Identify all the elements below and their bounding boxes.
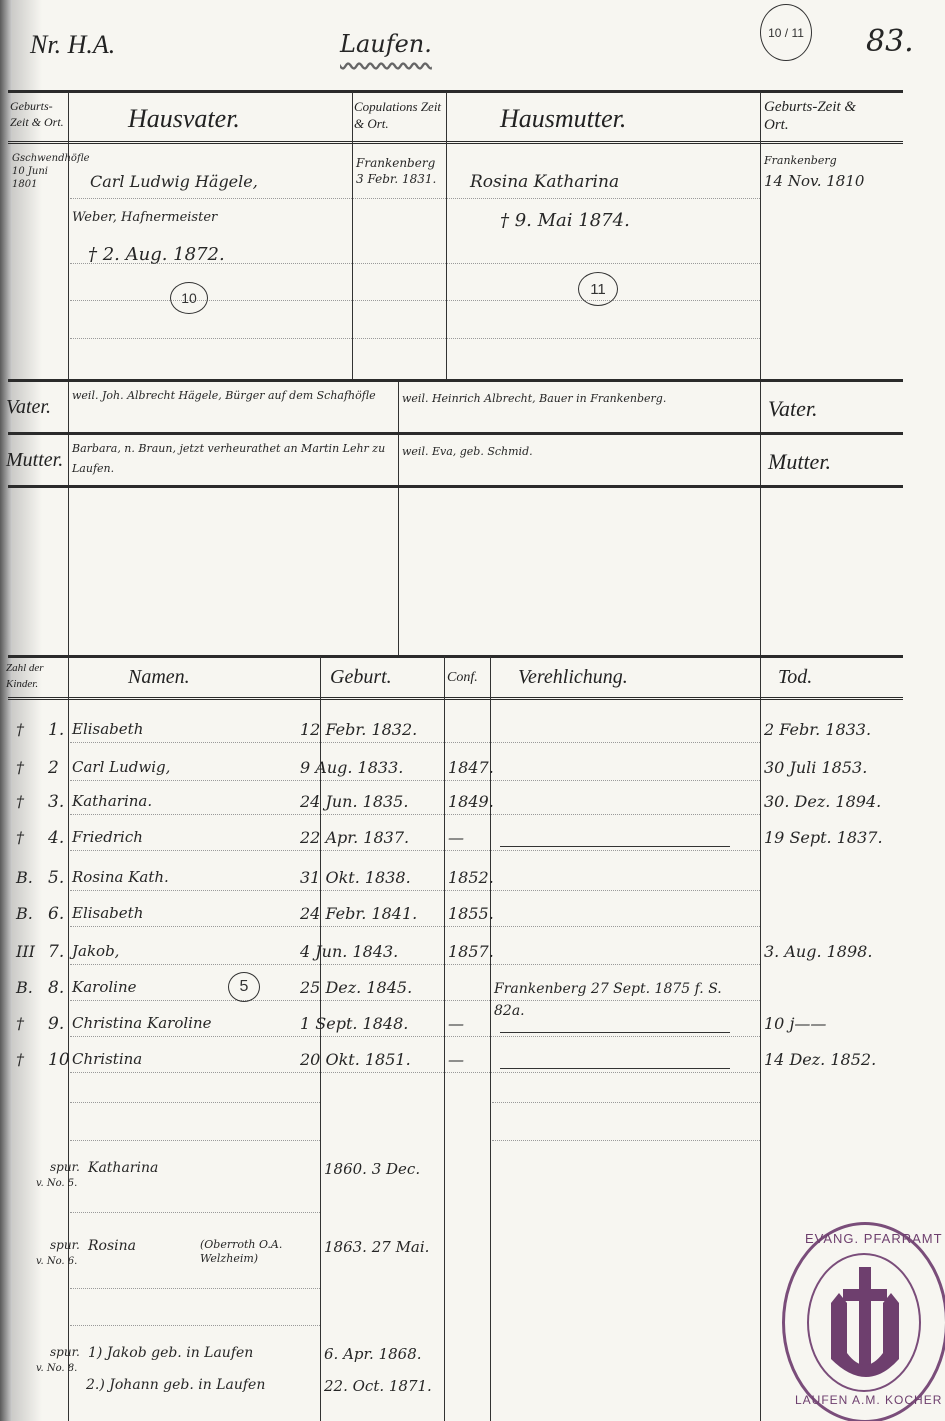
mother-father: weil. Heinrich Albrecht, Bauer in Franke…	[402, 392, 666, 405]
child-confirmation: 1852.	[448, 868, 494, 887]
child-birth: 12 Febr. 1832.	[300, 720, 417, 739]
child-birth: 4 Jun. 1843.	[300, 942, 398, 961]
col-divider	[398, 380, 399, 656]
copulation-entry: Frankenberg 3 Febr. 1831.	[356, 155, 446, 187]
children-header-bottom-rule	[8, 697, 903, 702]
child-death: 2 Febr. 1833.	[764, 720, 871, 739]
child-birth: 9 Aug. 1833.	[300, 758, 403, 777]
header-hausvater: Hausvater.	[128, 104, 240, 134]
child-death: 19 Sept. 1837.	[764, 828, 883, 847]
illegit-ref: v. No. 6.	[36, 1256, 77, 1267]
register-number: Nr. H.A.	[30, 30, 115, 60]
child-mark: B.	[16, 868, 33, 887]
header-conf: Conf.	[447, 670, 478, 686]
child-confirmation: —	[448, 1050, 464, 1069]
header-names: Namen.	[128, 666, 190, 689]
child-death: 30. Dez. 1894.	[764, 792, 881, 811]
parents-top-rule	[8, 379, 903, 382]
cross-anchor-icon	[825, 1263, 905, 1383]
col-divider	[68, 656, 69, 1421]
ruled-line	[70, 1325, 320, 1326]
ruled-line	[70, 926, 760, 927]
illegit-name: Rosina	[88, 1238, 136, 1254]
header-hausmutter: Hausmutter.	[500, 104, 626, 134]
vater-label-right: Vater.	[768, 396, 818, 422]
ruled-line	[492, 1140, 760, 1141]
child-name: Rosina Kath.	[72, 868, 169, 886]
ruled-line	[70, 1212, 320, 1213]
mother-birth-date: 14 Nov. 1810	[764, 172, 864, 190]
ruled-line	[70, 198, 760, 199]
child-birth: 1 Sept. 1848.	[300, 1014, 408, 1033]
father-circle-text: 10	[181, 290, 197, 306]
circled-reference-numbers: 10 / 11	[760, 4, 812, 61]
ruled-line	[70, 890, 760, 891]
child-birth: 24 Febr. 1841.	[300, 904, 417, 923]
ruled-line	[70, 1140, 320, 1141]
place-title: Laufen.	[340, 30, 432, 58]
father-name: Carl Ludwig Hägele,	[90, 172, 258, 191]
father-mother: Barbara, n. Braun, jetzt verheurathet an…	[72, 439, 396, 479]
header-bottom-rule	[8, 141, 903, 146]
child-name: Jakob,	[72, 942, 119, 960]
child-mark: B.	[16, 978, 33, 997]
circled-numbers-text: 10 / 11	[768, 25, 804, 41]
child-number: 3.	[48, 792, 64, 812]
col-divider	[760, 92, 761, 1421]
child-birth: 31 Okt. 1838.	[300, 868, 411, 887]
header-birth-left: Geburts-Zeit & Ort.	[10, 98, 68, 130]
ruled-line	[70, 964, 760, 965]
child-death: 10 j——	[764, 1014, 826, 1033]
illegit-ref: v. No. 8.	[36, 1363, 77, 1374]
mother-circle-number: 11	[578, 272, 618, 306]
child-death: 30 Juli 1853.	[764, 758, 867, 777]
father-birth: Gschwendhöfle 10 Juni 1801	[12, 152, 68, 191]
child-name: Elisabeth	[72, 720, 143, 738]
child-number: 1.	[48, 720, 64, 740]
child-name: Christina	[72, 1050, 142, 1068]
child-name: Elisabeth	[72, 904, 143, 922]
vater-label-left: Vater.	[6, 396, 51, 419]
stamp-bottom-text: LAUFEN A.M. KOCHER	[795, 1393, 942, 1407]
illegit-birth: 1860. 3 Dec.	[324, 1160, 420, 1178]
illegit-name: 1) Jakob geb. in Laufen	[88, 1345, 253, 1361]
child-name: Katharina.	[72, 792, 152, 810]
child-number: 9.	[48, 1014, 64, 1034]
father-occupation: Weber, Hafnermeister	[72, 210, 217, 225]
child-mark: B.	[16, 904, 33, 923]
child-name: Karoline	[72, 978, 136, 996]
ruled-line	[70, 1102, 320, 1103]
ruled-line	[70, 742, 760, 743]
illegit-prefix: spur.	[50, 1160, 80, 1174]
child-name: Christina Karoline	[72, 1014, 211, 1032]
ruled-line	[70, 814, 760, 815]
child-name: Friedrich	[72, 828, 143, 846]
child-mark: †	[16, 1050, 24, 1069]
illegit-name: Katharina	[88, 1160, 158, 1176]
child-confirmation: 1857.	[448, 942, 494, 961]
child-marriage: Frankenberg 27 Sept. 1875 f. S. 82a.	[494, 978, 756, 1022]
illegit-birth: 1863. 27 Mai.	[324, 1238, 429, 1256]
child-number: 2	[48, 758, 59, 778]
child-number: 6.	[48, 904, 64, 924]
stamp-top-text: EVANG. PFARRAMT	[805, 1231, 943, 1246]
mother-death: † 9. Mai 1874.	[500, 210, 630, 231]
child-confirmation: —	[448, 828, 464, 847]
book-binding	[0, 0, 12, 1421]
mother-mother: weil. Eva, geb. Schmid.	[402, 445, 533, 458]
illegit-birth: 6. Apr. 1868.	[324, 1345, 422, 1363]
illegit-prefix: spur.	[50, 1238, 80, 1252]
illegit-name: 2.) Johann geb. in Laufen	[86, 1377, 265, 1393]
mutter-label-right: Mutter.	[768, 449, 831, 475]
child-mark: III	[16, 942, 35, 961]
father-father: weil. Joh. Albrecht Hägele, Bürger auf d…	[72, 386, 396, 406]
col-divider	[68, 92, 69, 656]
child-number: 7.	[48, 942, 64, 962]
child-number: 8.	[48, 978, 64, 998]
father-circle-number: 10	[170, 282, 208, 314]
header-marriage: Verehlichung.	[518, 666, 628, 689]
child-confirmation: 1855.	[448, 904, 494, 923]
child-confirmation: 1847.	[448, 758, 494, 777]
child8-circle-text: 5	[240, 978, 249, 996]
ruled-line	[70, 1072, 760, 1073]
child-number: 10	[48, 1050, 70, 1070]
father-death: † 2. Aug. 1872.	[88, 244, 225, 265]
col-divider	[446, 92, 447, 380]
marriage-dash	[500, 1068, 730, 1069]
ruled-line	[70, 1288, 320, 1289]
ruled-line	[70, 780, 760, 781]
child-mark: †	[16, 1014, 24, 1033]
child-name: Carl Ludwig,	[72, 758, 170, 776]
illegit-birth: 22. Oct. 1871.	[324, 1377, 432, 1395]
header-birth-right: Geburts-Zeit & Ort.	[764, 98, 874, 134]
ruled-line	[70, 1036, 760, 1037]
child-mark: †	[16, 758, 24, 777]
child-birth: 25 Dez. 1845.	[300, 978, 412, 997]
header-birth: Geburt.	[330, 666, 392, 689]
ruled-line	[492, 1102, 760, 1103]
marriage-dash	[500, 846, 730, 847]
child-birth: 24 Jun. 1835.	[300, 792, 408, 811]
child8-circle-number: 5	[228, 972, 260, 1002]
illegit-ref: v. No. 5.	[36, 1178, 77, 1189]
illegit-note: (Oberroth O.A. Welzheim)	[200, 1238, 318, 1266]
mother-birth-place: Frankenberg	[764, 154, 837, 167]
illegit-prefix: spur.	[50, 1345, 80, 1359]
parents-mid-rule	[8, 432, 903, 435]
header-top-rule	[8, 90, 903, 93]
child-mark: †	[16, 828, 24, 847]
child-birth: 20 Okt. 1851.	[300, 1050, 411, 1069]
col-divider	[444, 656, 445, 1421]
header-death: Tod.	[778, 666, 812, 689]
child-confirmation: 1849.	[448, 792, 494, 811]
header-copulation: Copulations Zeit & Ort.	[354, 98, 446, 132]
parish-stamp: EVANG. PFARRAMT LAUFEN A.M. KOCHER	[782, 1222, 945, 1421]
mother-circle-text: 11	[590, 281, 606, 298]
mutter-label-left: Mutter.	[6, 449, 63, 472]
page-number: 83.	[866, 24, 914, 59]
child-mark: †	[16, 792, 24, 811]
mother-name: Rosina Katharina	[470, 172, 619, 192]
child-confirmation: —	[448, 1014, 464, 1033]
ruled-line	[70, 850, 760, 851]
parents-bottom-rule	[8, 485, 903, 488]
child-number: 4.	[48, 828, 64, 848]
children-header-top-rule	[8, 655, 903, 658]
child-number: 5.	[48, 868, 64, 888]
header-child-count: Zahl der Kinder.	[6, 660, 68, 692]
child-death: 14 Dez. 1852.	[764, 1050, 876, 1069]
ruled-line	[70, 338, 760, 339]
col-divider	[352, 92, 353, 380]
child-death: 3. Aug. 1898.	[764, 942, 872, 961]
child-birth: 22 Apr. 1837.	[300, 828, 409, 847]
binding-shadow	[12, 0, 42, 1421]
child-mark: †	[16, 720, 24, 739]
marriage-dash	[500, 1032, 730, 1033]
